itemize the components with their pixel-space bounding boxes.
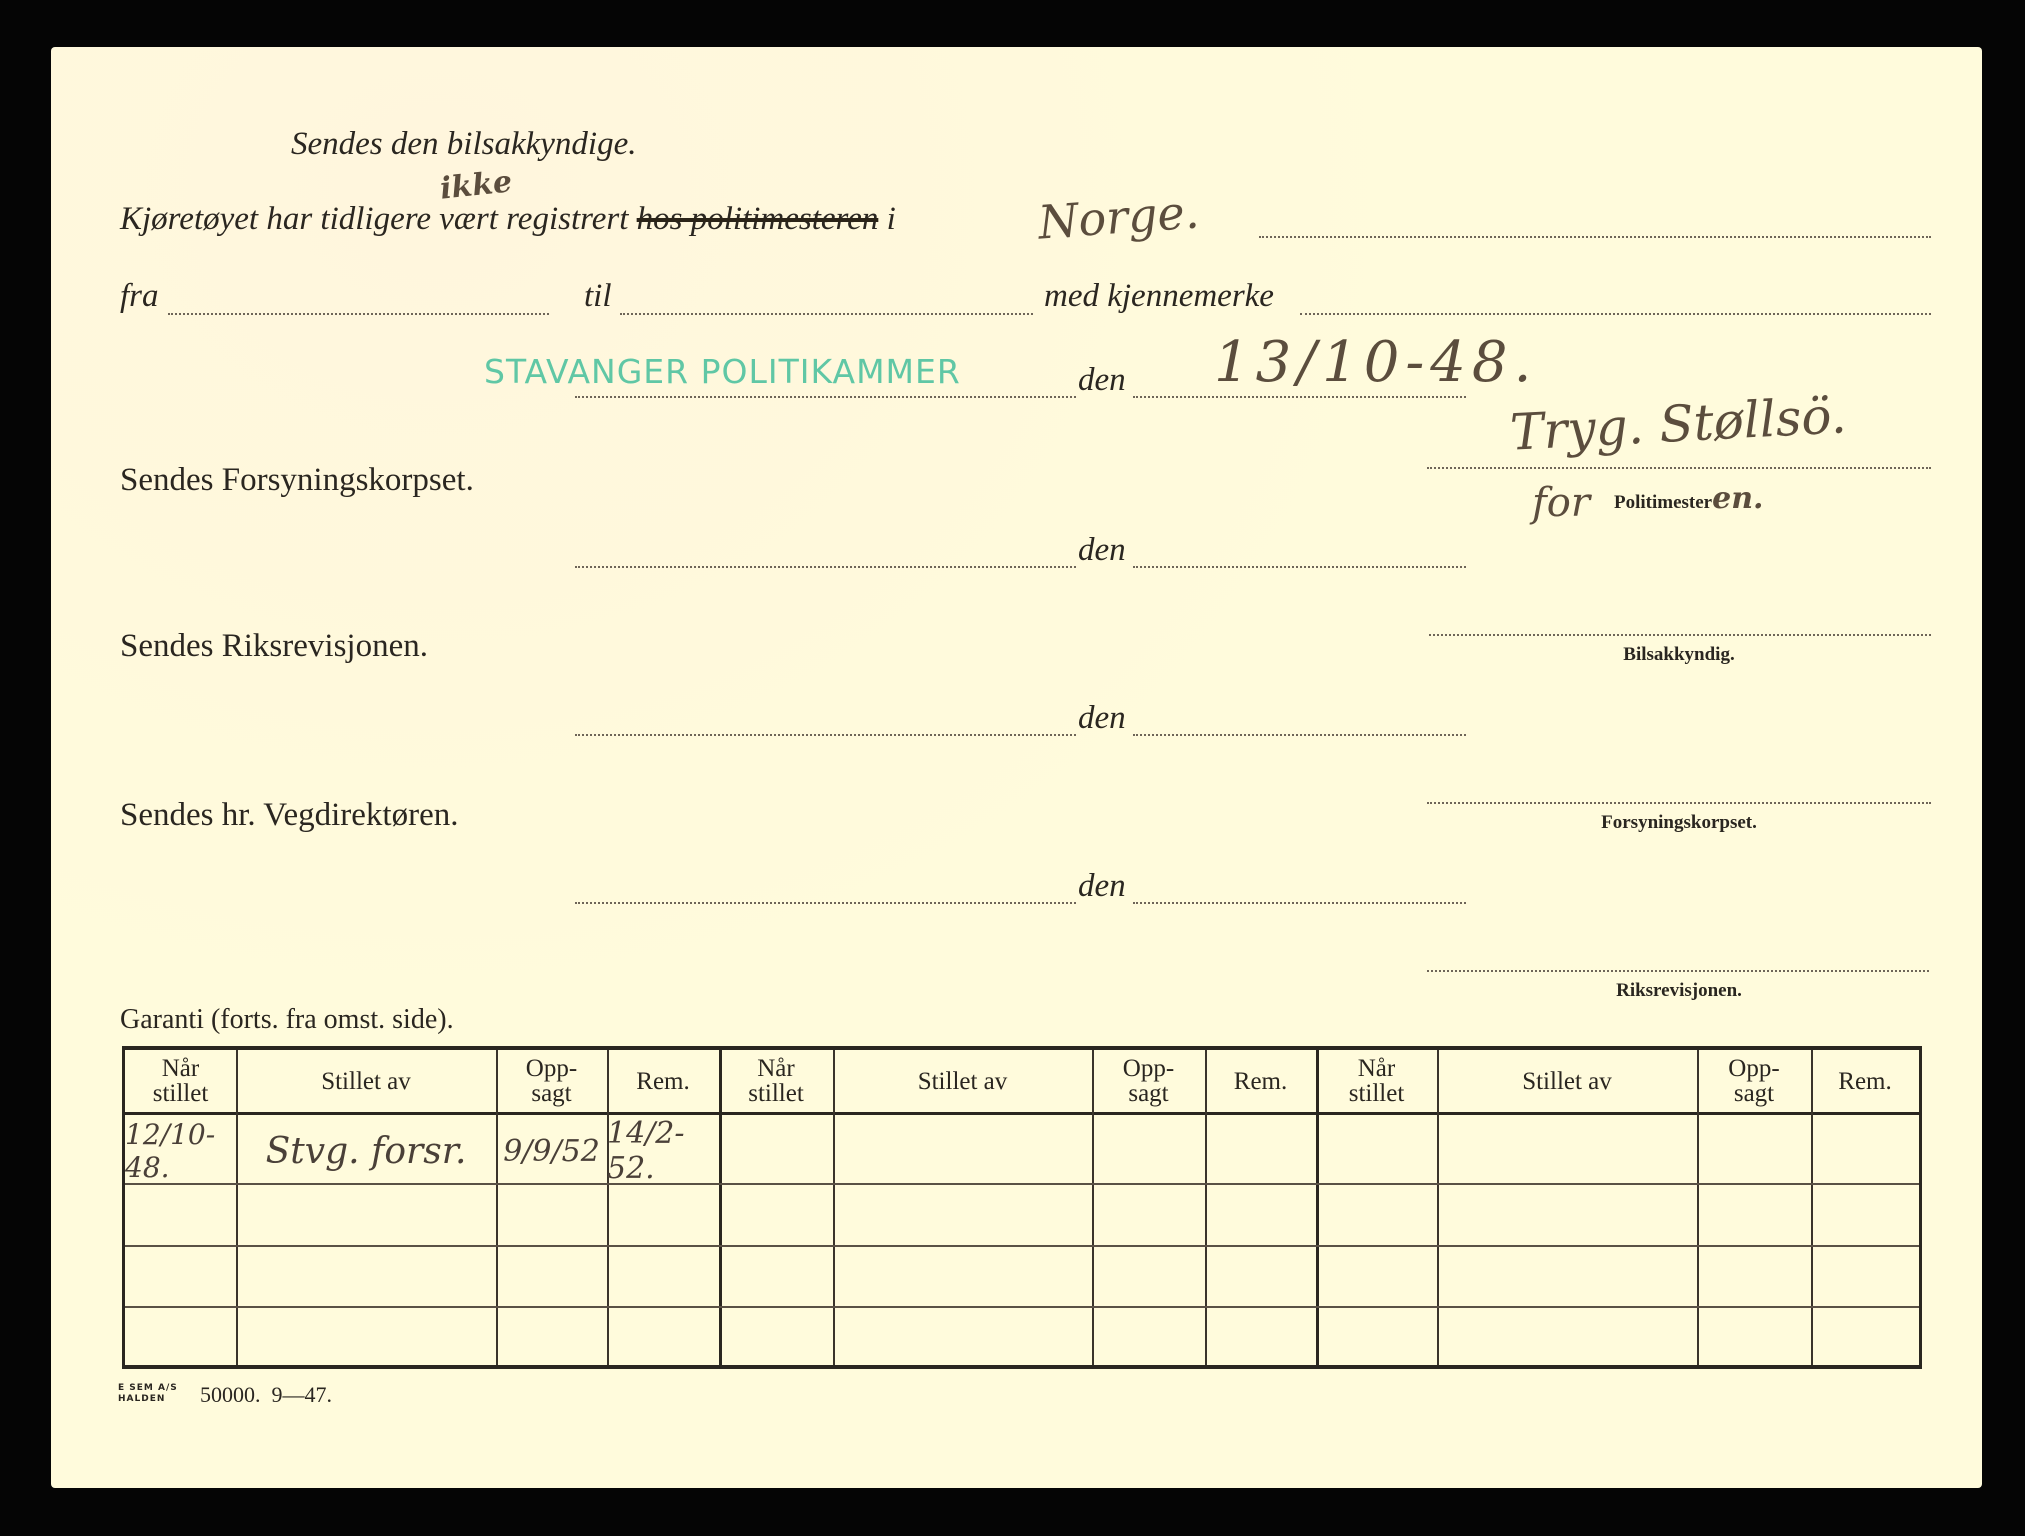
header-oppsagt: Opp-sagt — [1697, 1050, 1811, 1112]
cell-oppsagt[interactable]: 9/9/52 — [496, 1116, 607, 1186]
header-divider — [125, 1112, 1919, 1115]
date-field-2[interactable] — [1133, 566, 1466, 568]
header-naar-stillet: Nårstillet — [719, 1050, 833, 1112]
plate-label: med kjennemerke — [1044, 278, 1274, 315]
header-stillet-av: Stillet av — [1437, 1050, 1697, 1112]
to-field[interactable] — [620, 313, 1033, 315]
header-oppsagt: Opp-sagt — [1092, 1050, 1205, 1112]
registration-dotted-line[interactable] — [1259, 236, 1931, 238]
den-label-4: den — [1078, 868, 1126, 905]
den-label-3: den — [1078, 700, 1126, 737]
routing-field-2[interactable] — [575, 734, 1076, 736]
guarantee-table: Nårstillet Stillet av Opp-sagt Rem. Nårs… — [122, 1046, 1922, 1369]
handwritten-date-1: 13/10-48. — [1214, 330, 1537, 395]
date-field-1[interactable] — [1133, 396, 1466, 398]
cell-naar-stillet[interactable]: 12/10-48. — [125, 1116, 236, 1186]
cell-stillet-av[interactable]: Stvg. forsr. — [236, 1116, 496, 1186]
den-label-2: den — [1078, 532, 1126, 569]
row-divider — [125, 1245, 1919, 1247]
header-naar-stillet: Nårstillet — [1316, 1050, 1437, 1112]
routing-label-vegdirektoren: Sendes hr. Vegdirektøren. — [120, 797, 459, 834]
routing-label-riksrevisjonen: Sendes Riksrevisjonen. — [120, 628, 428, 665]
routing-field-3[interactable] — [575, 902, 1076, 904]
guarantee-title: Garanti (forts. fra omst. side). — [120, 1004, 454, 1036]
header-stillet-av: Stillet av — [833, 1050, 1092, 1112]
handwritten-for: for — [1532, 480, 1590, 526]
den-label-1: den — [1078, 362, 1126, 399]
print-run: 50000. 9—47. — [200, 1382, 332, 1408]
registration-text-before: Kjøretøyet har tidligere — [120, 201, 431, 237]
to-label: til — [584, 278, 612, 315]
header-rem: Rem. — [1811, 1050, 1919, 1112]
cell-rem[interactable]: 14/2-52. — [607, 1116, 719, 1186]
handwritten-country: Norge. — [1036, 184, 1201, 249]
registration-text-after: i — [887, 201, 896, 237]
from-label: fra — [120, 278, 159, 315]
role-bilsakkyndig: Bilsakkyndig. — [1479, 644, 1879, 666]
header-rem: Rem. — [1205, 1050, 1316, 1112]
plate-field[interactable] — [1300, 313, 1931, 315]
politimester-role: Politimester — [1614, 492, 1712, 513]
registration-text-mid: vært registrert — [439, 201, 628, 237]
header-stillet-av: Stillet av — [236, 1050, 496, 1112]
politimester-label: Politimesteren. — [1614, 481, 1763, 516]
date-field-3[interactable] — [1133, 734, 1466, 736]
signature-line-bilsakkyndig[interactable] — [1429, 634, 1931, 636]
printer-line-2: HALDEN — [118, 1394, 178, 1405]
header-oppsagt: Opp-sagt — [496, 1050, 607, 1112]
date-field-4[interactable] — [1133, 902, 1466, 904]
struck-text: hos politimesteren — [637, 201, 879, 237]
registration-line: Kjøretøyet har tidligere vært registrert… — [120, 201, 896, 238]
role-suffix: en. — [1712, 481, 1763, 516]
signature-line-riksrevisjonen[interactable] — [1427, 970, 1929, 972]
handwritten-insert-ikke: ikke — [438, 164, 513, 206]
routing-label-forsyningskorpset: Sendes Forsyningskorpset. — [120, 462, 474, 499]
signature-line-forsyningskorpset[interactable] — [1427, 802, 1931, 804]
header-naar-stillet: Nårstillet — [125, 1050, 236, 1112]
header-rem: Rem. — [607, 1050, 719, 1112]
role-forsyningskorpset: Forsyningskorpset. — [1479, 812, 1879, 834]
row-divider — [125, 1306, 1919, 1308]
signature-line-politimester[interactable] — [1427, 467, 1931, 469]
from-field[interactable] — [168, 313, 549, 315]
role-riksrevisjonen: Riksrevisjonen. — [1479, 980, 1879, 1002]
police-stamp: STAVANGER POLITIKAMMER — [484, 352, 961, 391]
stamp-dotted-line[interactable] — [575, 396, 1076, 398]
printer-line-1: E SEM A/S — [118, 1383, 178, 1394]
printer-imprint: E SEM A/S HALDEN — [118, 1383, 178, 1405]
routing-field-1[interactable] — [575, 566, 1076, 568]
header-line: Sendes den bilsakkyndige. — [291, 126, 636, 163]
